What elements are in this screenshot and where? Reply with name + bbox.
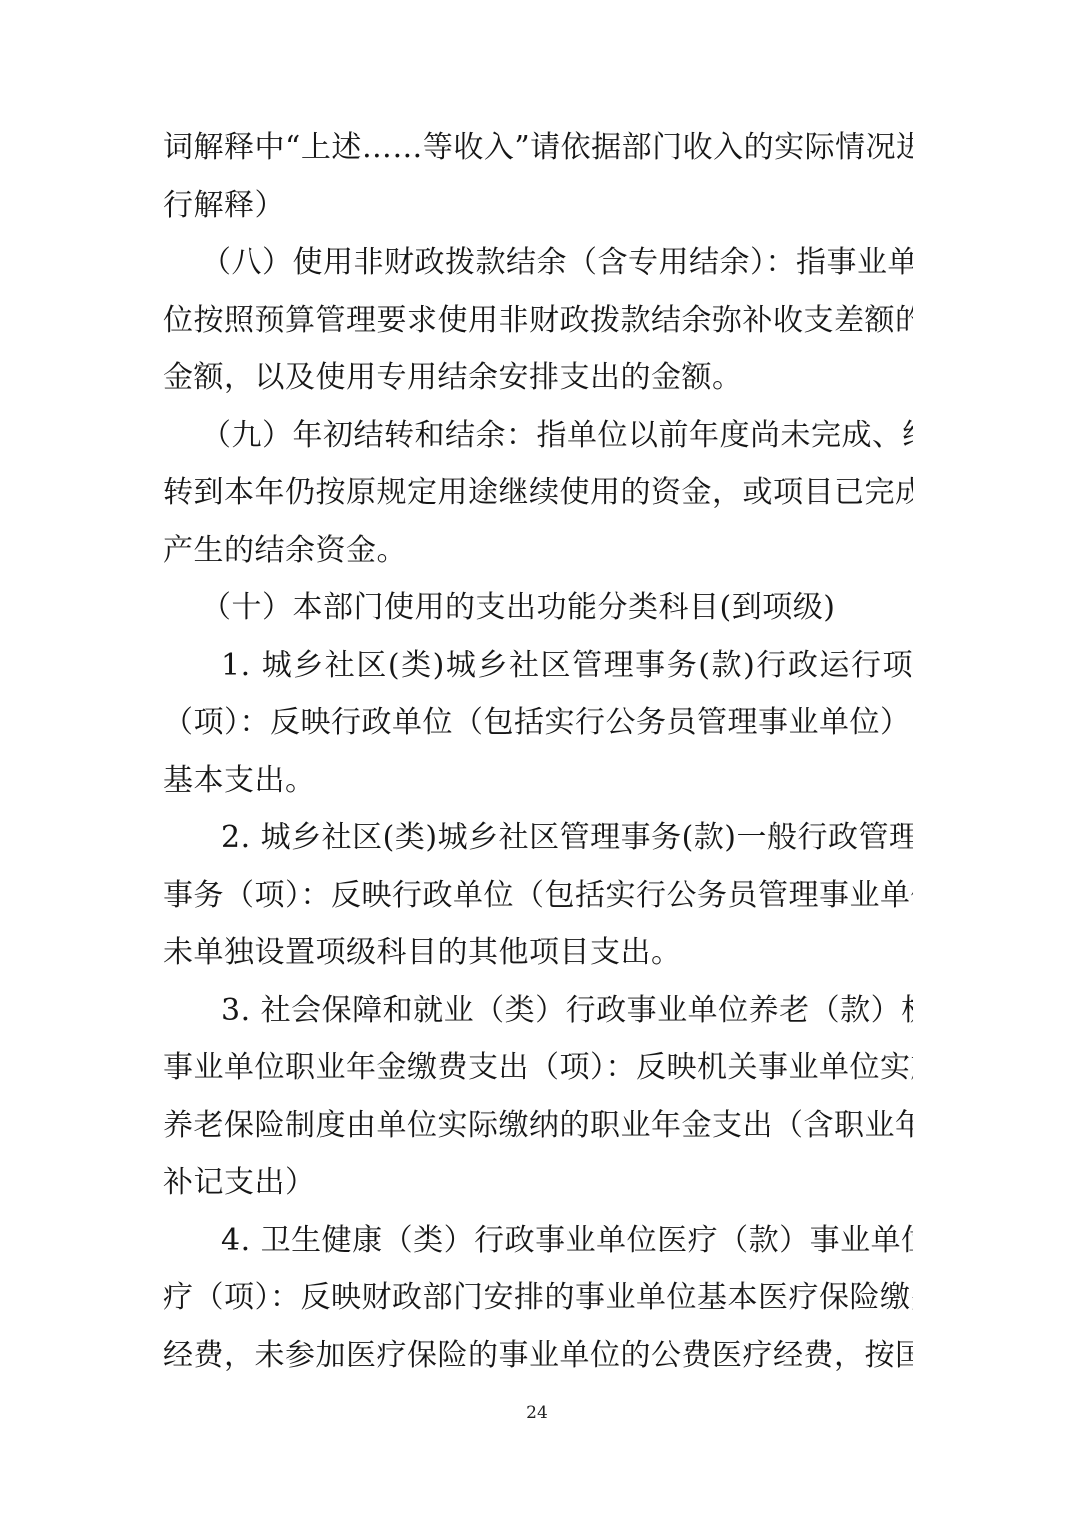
document-text-body: 词解释中“上述……等收入”请依据部门收入的实际情况进 行解释） （八）使用非财政… (163, 119, 913, 1384)
text-line: 事业单位职业年金缴费支出（项）：反映机关事业单位实施 (163, 1039, 913, 1097)
text-line: 未单独设置项级科目的其他项目支出。 (163, 924, 913, 982)
text-line: 金额，以及使用专用结余安排支出的金额。 (163, 349, 913, 407)
document-page: 词解释中“上述……等收入”请依据部门收入的实际情况进 行解释） （八）使用非财政… (0, 0, 1074, 1520)
text-line: 转到本年仍按原规定用途继续使用的资金，或项目已完成等 (163, 464, 913, 522)
text-line: 产生的结余资金。 (163, 522, 913, 580)
text-line: 4. 卫生健康（类）行政事业单位医疗（款）事业单位医 (163, 1212, 913, 1270)
page-number: 24 (0, 1402, 1074, 1424)
text-line: （八）使用非财政拨款结余（含专用结余）：指事业单 (163, 234, 913, 292)
text-line: （项）：反映行政单位（包括实行公务员管理事业单位）的 (163, 694, 913, 752)
text-line: 补记支出） (163, 1154, 913, 1212)
text-line: 养老保险制度由单位实际缴纳的职业年金支出（含职业年金 (163, 1097, 913, 1155)
text-line: 经费，未参加医疗保险的事业单位的公费医疗经费，按国家 (163, 1327, 913, 1385)
text-line: 1. 城乡社区(类)城乡社区管理事务(款)行政运行项 (163, 637, 913, 695)
text-line: 事务（项）：反映行政单位（包括实行公务员管理事业单位） (163, 867, 913, 925)
text-line: 2. 城乡社区(类)城乡社区管理事务(款)一般行政管理 (163, 809, 913, 867)
text-line: 位按照预算管理要求使用非财政拨款结余弥补收支差额的 (163, 292, 913, 350)
text-line: 基本支出。 (163, 752, 913, 810)
text-line: 词解释中“上述……等收入”请依据部门收入的实际情况进 (163, 119, 913, 177)
text-line: （十）本部门使用的支出功能分类科目(到项级) (163, 579, 913, 637)
text-line: 3. 社会保障和就业（类）行政事业单位养老（款）机关 (163, 982, 913, 1040)
text-line: 疗（项）：反映财政部门安排的事业单位基本医疗保险缴费 (163, 1269, 913, 1327)
text-line: （九）年初结转和结余：指单位以前年度尚未完成、结 (163, 407, 913, 465)
text-line: 行解释） (163, 177, 913, 235)
